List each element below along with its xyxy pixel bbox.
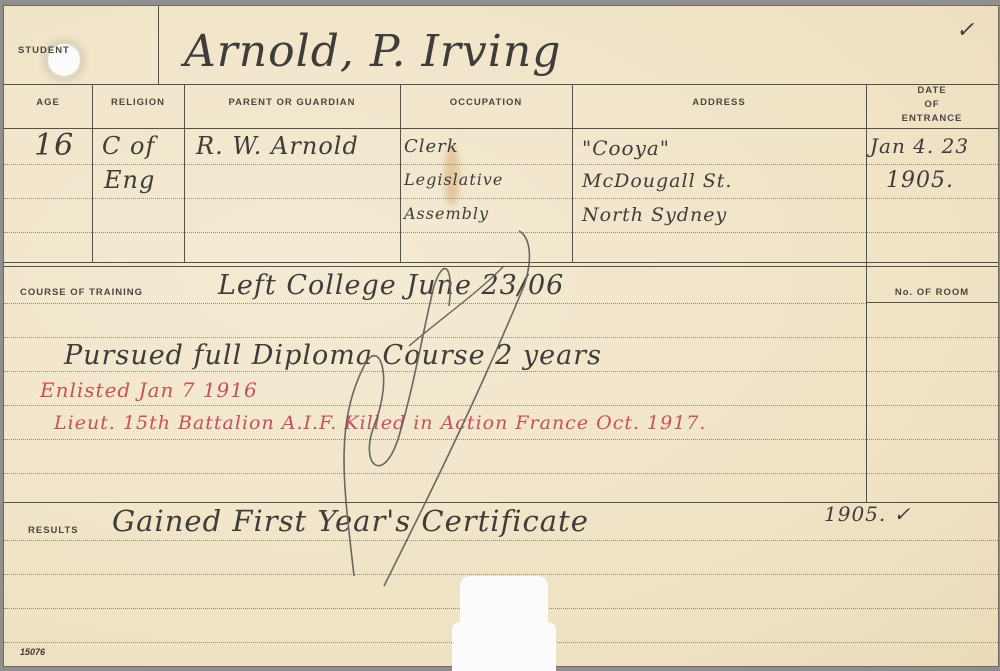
parent-header: PARENT OR GUARDIAN bbox=[184, 96, 400, 110]
occupation-value-line2: Legislative bbox=[404, 170, 503, 189]
course-line-3-enlisted: Enlisted Jan 7 1916 bbox=[40, 378, 258, 402]
parent-value: R. W. Arnold bbox=[196, 132, 359, 160]
address-header: ADDRESS bbox=[572, 96, 866, 110]
address-value-line2: McDougall St. bbox=[582, 170, 732, 192]
divider bbox=[184, 84, 185, 262]
pencil-signature-scrawl bbox=[324, 226, 564, 606]
date-of-entrance-value-line1: Jan 4. 23 bbox=[870, 134, 969, 158]
results-label: RESULTS bbox=[28, 524, 79, 538]
religion-header: RELIGION bbox=[92, 96, 184, 110]
divider bbox=[4, 128, 998, 129]
results-year: 1905. ✓ bbox=[824, 502, 911, 526]
religion-value-line2: Eng bbox=[104, 166, 155, 194]
student-label: STUDENT bbox=[18, 44, 78, 58]
divider bbox=[572, 84, 573, 262]
student-record-card: STUDENT Arnold, P. Irving ✓ AGE RELIGION… bbox=[4, 6, 998, 666]
address-value-line3: North Sydney bbox=[582, 204, 727, 226]
divider bbox=[4, 84, 998, 85]
student-name: Arnold, P. Irving bbox=[184, 26, 561, 77]
divider bbox=[92, 84, 93, 262]
religion-value-line1: C of bbox=[102, 132, 155, 160]
form-number: 15076 bbox=[20, 647, 45, 657]
date-of-entrance-header: DATE OF ENTRANCE bbox=[866, 84, 998, 126]
occupation-value-line1: Clerk bbox=[404, 136, 459, 157]
occupation-value-line3: Assembly bbox=[404, 204, 489, 223]
occupation-header: OCCUPATION bbox=[400, 96, 572, 110]
address-value-line1: "Cooya" bbox=[582, 136, 670, 160]
age-header: AGE bbox=[4, 96, 92, 110]
divider bbox=[158, 6, 159, 84]
age-value: 16 bbox=[34, 128, 74, 163]
index-slot-cutout bbox=[460, 576, 548, 671]
no-of-room-label: No. OF ROOM bbox=[866, 286, 998, 300]
course-of-training-label: COURSE OF TRAINING bbox=[20, 286, 143, 300]
check-mark-icon: ✓ bbox=[956, 18, 975, 43]
date-of-entrance-value-line2: 1905. bbox=[886, 168, 954, 193]
